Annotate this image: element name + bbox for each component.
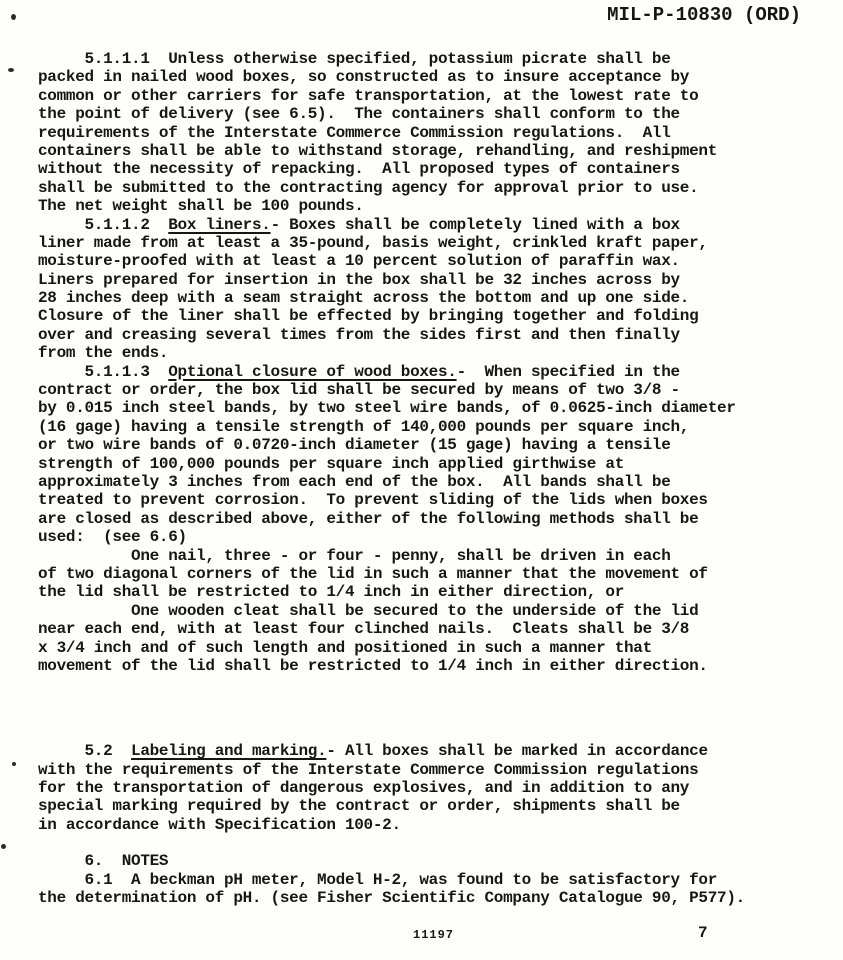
paragraph-number: 5.1.1.3 [38, 363, 168, 381]
text-line: over and creasing several times from the… [38, 326, 813, 344]
text-line: 6.1 A beckman pH meter, Model H-2, was f… [38, 871, 813, 889]
paragraph-text: - All boxes shall be marked in accordanc… [326, 742, 707, 760]
text-line: x 3/4 inch and of such length and positi… [38, 639, 813, 657]
paragraph-number: 5.1.1.2 [38, 216, 168, 234]
text-line: packed in nailed wood boxes, so construc… [38, 68, 813, 86]
scan-speck [1, 844, 6, 849]
method-nail-paragraph: One nail, three - or four - penny, shall… [38, 547, 813, 602]
text-line: requirements of the Interstate Commerce … [38, 124, 813, 142]
text-line: by 0.015 inch steel bands, by two steel … [38, 399, 813, 417]
paragraph-number: 5.2 [38, 742, 131, 760]
text-line: shall be submitted to the contracting ag… [38, 179, 813, 197]
paragraph-5-2: 5.2 Labeling and marking.- All boxes sha… [38, 742, 813, 834]
text-line: 5.1.1.1 Unless otherwise specified, pota… [38, 50, 813, 68]
document-page: MIL-P-10830 (ORD) 5.1.1.1 Unless otherwi… [0, 0, 843, 960]
text-line: the determination of pH. (see Fisher Sci… [38, 889, 813, 907]
paragraph-title: Optional closure of wood boxes. [168, 363, 456, 381]
paragraph-5-1-1-1: 5.1.1.1 Unless otherwise specified, pota… [38, 50, 813, 216]
text-line: (16 gage) having a tensile strength of 1… [38, 418, 813, 436]
text-line: strength of 100,000 pounds per square in… [38, 455, 813, 473]
text-line: from the ends. [38, 344, 813, 362]
text-line: Liners prepared for insertion in the box… [38, 271, 813, 289]
scan-speck [11, 14, 16, 20]
section-6-notes: 6. NOTES 6.1 A beckman pH meter, Model H… [38, 852, 813, 907]
text-line: with the requirements of the Interstate … [38, 761, 813, 779]
text-line: near each end, with at least four clinch… [38, 620, 813, 638]
text-line: approximately 3 inches from each end of … [38, 473, 813, 491]
text-line: containers shall be able to withstand st… [38, 142, 813, 160]
text-line: special marking required by the contract… [38, 797, 813, 815]
text-line: treated to prevent corrosion. To prevent… [38, 491, 813, 509]
text-line: in accordance with Specification 100-2. [38, 816, 813, 834]
text-line: without the necessity of repacking. All … [38, 160, 813, 178]
document-body: 5.1.1.1 Unless otherwise specified, pota… [38, 50, 813, 907]
paragraph-title: Box liners. [168, 216, 270, 234]
text-line: the lid shall be restricted to 1/4 inch … [38, 583, 813, 601]
doc-number: MIL-P-10830 (ORD) [607, 4, 801, 26]
paragraph-heading-line: 5.1.1.2 Box liners.- Boxes shall be comp… [38, 216, 813, 234]
scan-speck [12, 762, 16, 766]
scan-speck [8, 68, 14, 72]
text-line: One nail, three - or four - penny, shall… [38, 547, 813, 565]
text-line: or two wire bands of 0.0720-inch diamete… [38, 436, 813, 454]
paragraph-text: - When specified in the [457, 363, 680, 381]
text-line: of two diagonal corners of the lid in su… [38, 565, 813, 583]
text-line: moisture-proofed with at least a 10 perc… [38, 252, 813, 270]
text-line: liner made from at least a 35-pound, bas… [38, 234, 813, 252]
text-line: The net weight shall be 100 pounds. [38, 197, 813, 215]
page-number: 7 [698, 924, 708, 942]
method-cleat-paragraph: One wooden cleat shall be secured to the… [38, 602, 813, 676]
text-line: Closure of the liner shall be effected b… [38, 307, 813, 325]
text-line: One wooden cleat shall be secured to the… [38, 602, 813, 620]
paragraph-text: - Boxes shall be completely lined with a… [271, 216, 680, 234]
text-line: the point of delivery (see 6.5). The con… [38, 105, 813, 123]
footer-doc-code: 11197 [413, 928, 454, 942]
paragraph-heading-line: 5.2 Labeling and marking.- All boxes sha… [38, 742, 813, 760]
text-line: movement of the lid shall be restricted … [38, 657, 813, 675]
paragraph-title: Labeling and marking. [131, 742, 326, 760]
section-heading: 6. NOTES [38, 852, 813, 870]
text-line: 28 inches deep with a seam straight acro… [38, 289, 813, 307]
text-line: are closed as described above, either of… [38, 510, 813, 528]
paragraph-heading-line: 5.1.1.3 Optional closure of wood boxes.-… [38, 363, 813, 381]
paragraph-5-1-1-2: 5.1.1.2 Box liners.- Boxes shall be comp… [38, 216, 813, 363]
text-line: common or other carriers for safe transp… [38, 87, 813, 105]
text-line: contract or order, the box lid shall be … [38, 381, 813, 399]
text-line: for the transportation of dangerous expl… [38, 779, 813, 797]
paragraph-5-1-1-3: 5.1.1.3 Optional closure of wood boxes.-… [38, 363, 813, 547]
text-line: used: (see 6.6) [38, 528, 813, 546]
